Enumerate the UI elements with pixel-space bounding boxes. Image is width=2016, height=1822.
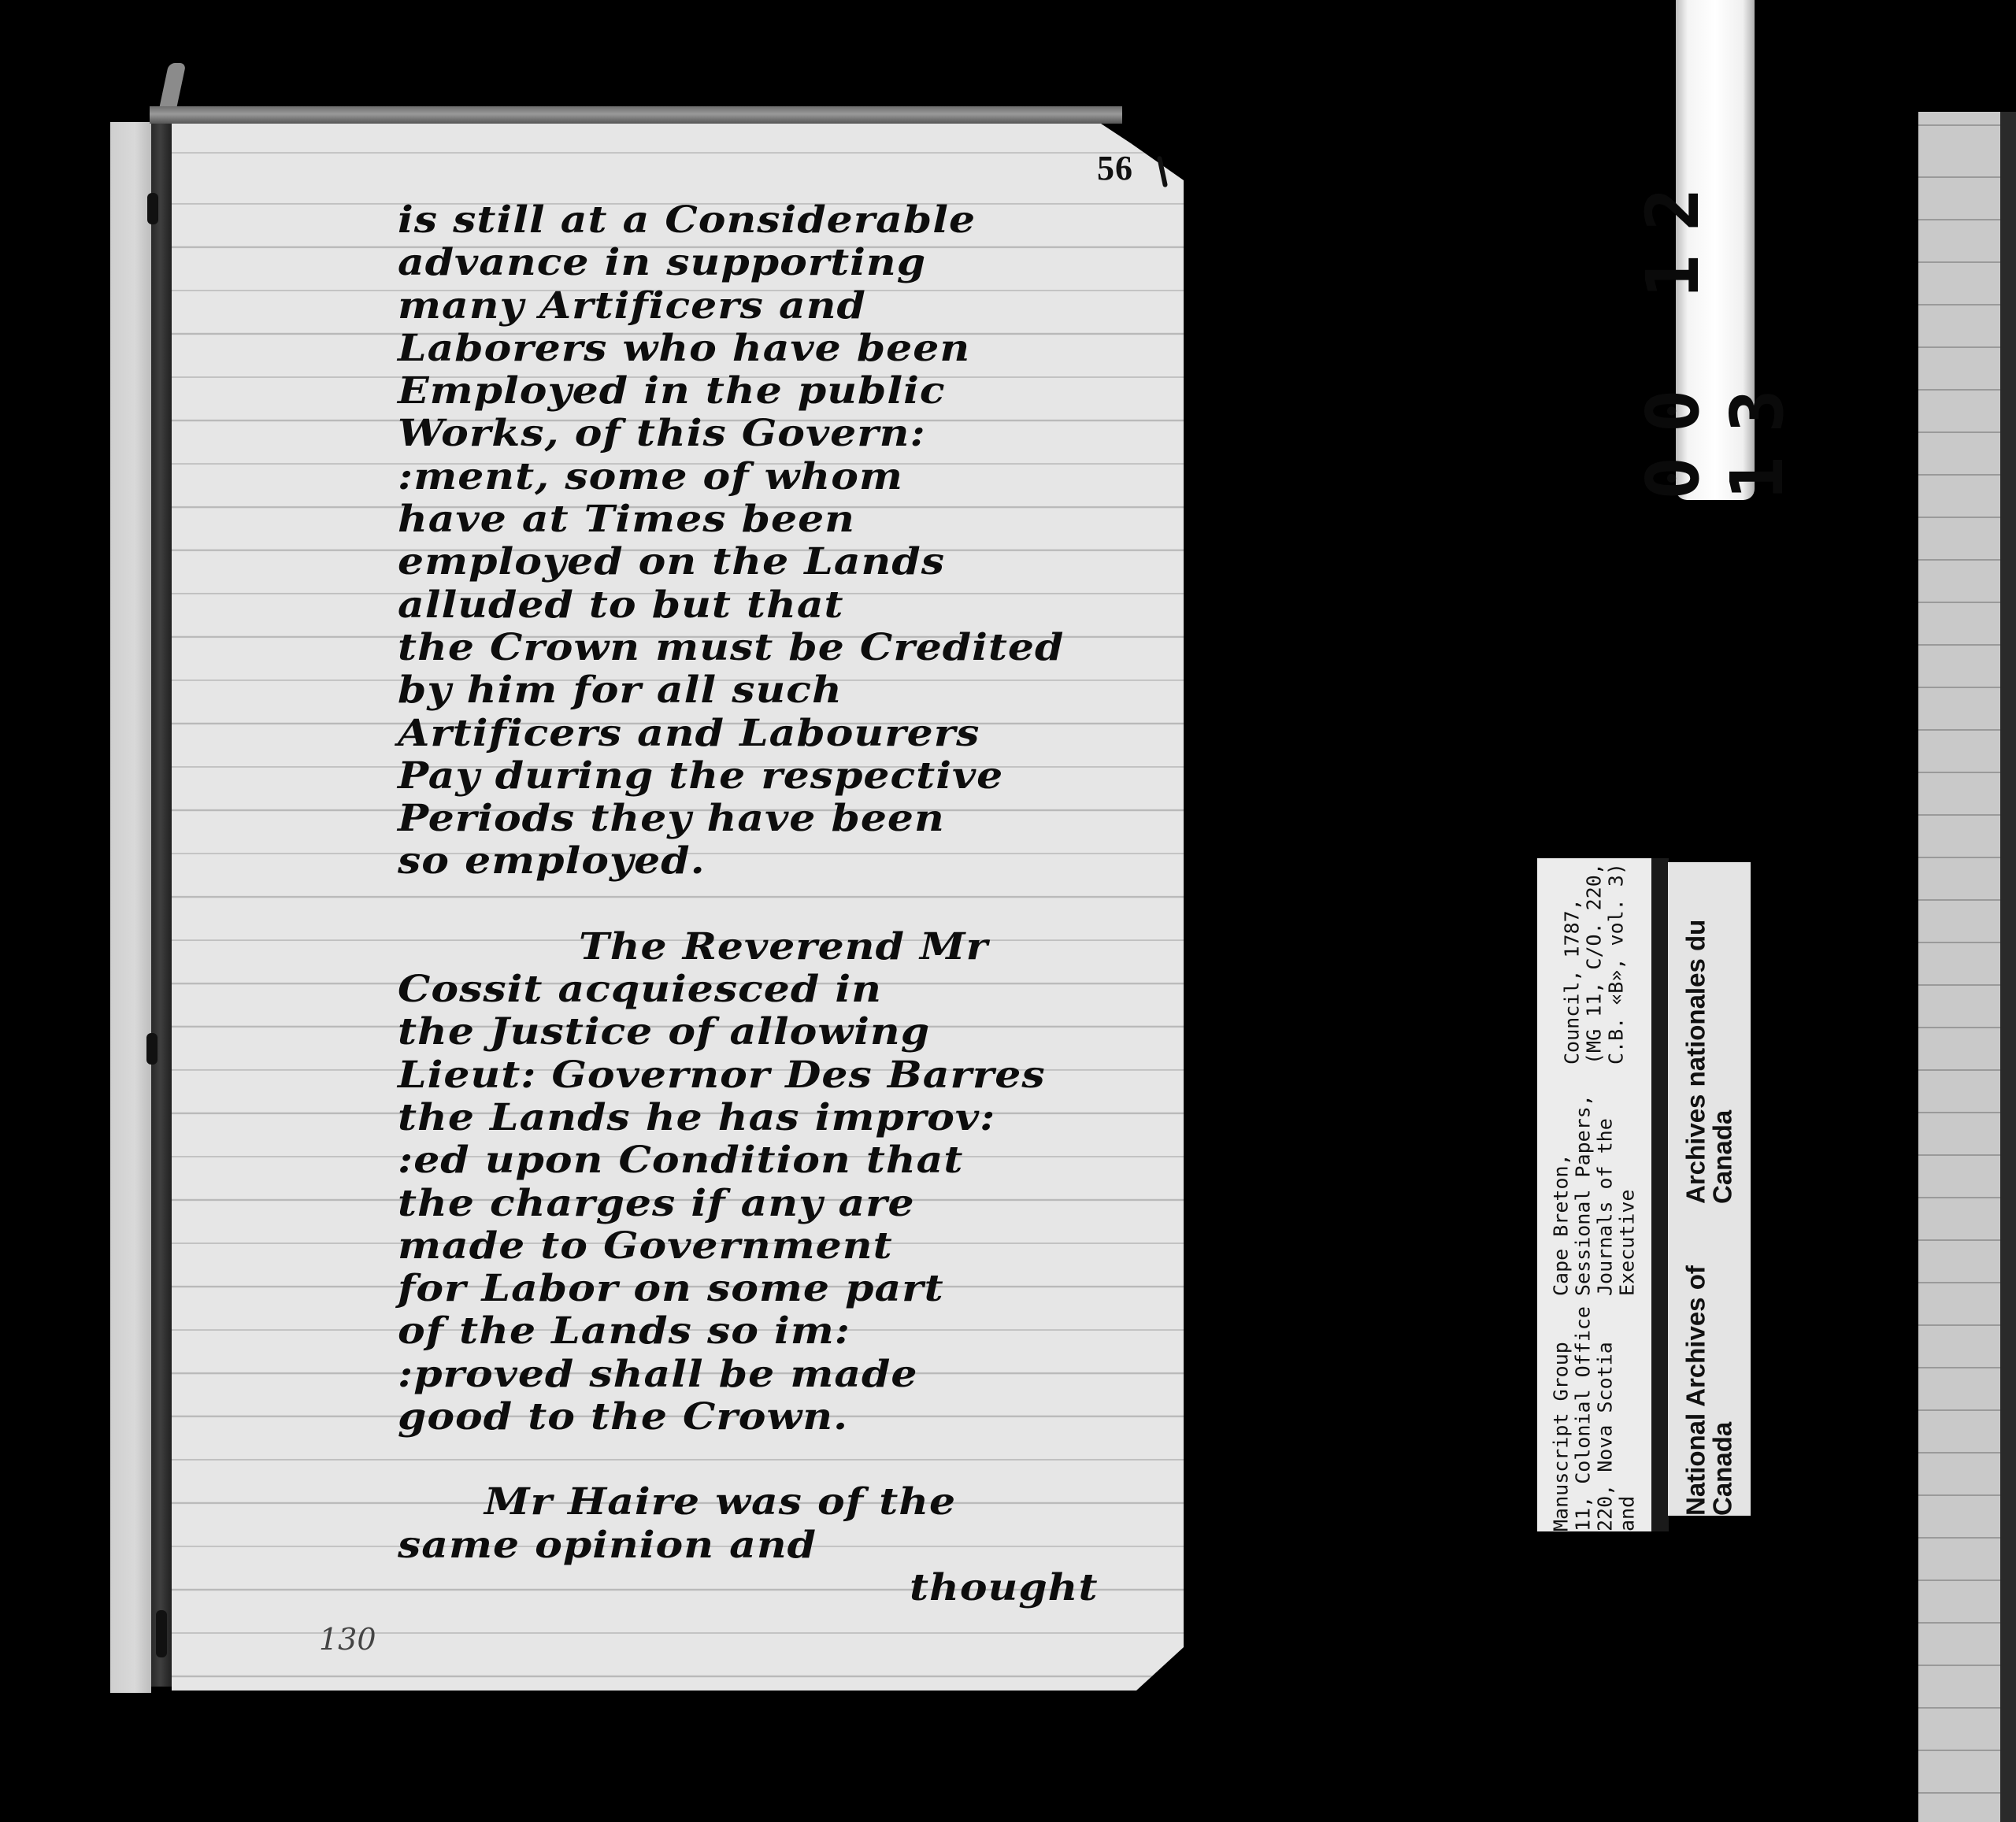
- handwritten-text: is still at a Considerable advance in su…: [398, 197, 1169, 1607]
- page-number: 56: [1097, 148, 1133, 188]
- text-line: many Artificers and: [398, 287, 1169, 325]
- citation-line: Manuscript Group 11, Colonial Office 220…: [1551, 1296, 1639, 1531]
- previous-page-edge: [110, 122, 151, 1693]
- text-line: the Crown must be Credited: [398, 628, 1169, 667]
- text-line: thought: [398, 1568, 1169, 1607]
- pencil-folio-number: 130: [319, 1622, 376, 1657]
- text-line: :ed upon Condition that: [398, 1142, 1169, 1180]
- text-line: Periods they have been: [398, 800, 1169, 839]
- text-line: is still at a Considerable: [398, 201, 1169, 239]
- text-line: Artificers and Labourers: [398, 714, 1169, 753]
- text-line: made to Government: [398, 1227, 1169, 1265]
- text-line: advance in supporting: [398, 244, 1169, 283]
- page-binding: [151, 124, 172, 1687]
- citation-label-text: Manuscript Group 11, Colonial Office 220…: [1537, 858, 1651, 1531]
- text-line: the Lands he has improv:: [398, 1098, 1169, 1137]
- text-line: of the Lands so im:: [398, 1313, 1169, 1351]
- text-line: same opinion and: [398, 1526, 1169, 1565]
- text-line: Lieut: Governor Des Barres: [398, 1056, 1169, 1094]
- page-tab-fragment: [159, 63, 187, 110]
- binding-tear-mark: [146, 1033, 157, 1065]
- archives-name-en: National Archives of Canada: [1683, 1204, 1736, 1516]
- text-line: Mr Haire was of the: [398, 1483, 1169, 1522]
- binding-tear-mark: [156, 1610, 167, 1657]
- text-line: Pay during the respective: [398, 757, 1169, 795]
- text-line: the Justice of allowing: [398, 1013, 1169, 1052]
- text-line: good to the Crown.: [398, 1398, 1169, 1436]
- text-line: the charges if any are: [398, 1184, 1169, 1223]
- archives-name-fr: Archives nationales du Canada: [1683, 862, 1736, 1204]
- text-line: Cossit acquiesced in: [398, 970, 1169, 1009]
- adjacent-page-binding: [2000, 112, 2016, 1822]
- text-line: Works, of this Govern:: [398, 415, 1169, 454]
- text-line: alluded to but that: [398, 586, 1169, 624]
- film-frame-number: 00 12 13: [1676, 0, 1755, 500]
- text-line: for Labor on some part: [398, 1270, 1169, 1309]
- text-line: employed on the Lands: [398, 543, 1169, 582]
- text-line: so employed.: [398, 842, 1169, 881]
- text-line: :proved shall be made: [398, 1355, 1169, 1394]
- text-line: by him for all such: [398, 672, 1169, 710]
- citation-line: Cape Breton, Sessional Papers, Journals …: [1551, 1065, 1639, 1296]
- text-line: have at Times been: [398, 501, 1169, 539]
- text-line: Laborers who have been: [398, 329, 1169, 368]
- text-line: :ment, some of whom: [398, 457, 1169, 496]
- page-top-edge: [150, 106, 1122, 124]
- citation-line: Council, 1787, (MG 11, C/O. 220, C.B. «B…: [1562, 858, 1628, 1065]
- label-divider: [1651, 858, 1669, 1531]
- binding-tear-mark: [147, 193, 158, 224]
- text-line: Employed in the public: [398, 372, 1169, 411]
- archives-label-text: National Archives of Canada Archives nat…: [1668, 862, 1751, 1516]
- text-line: The Reverend Mr: [398, 928, 1169, 966]
